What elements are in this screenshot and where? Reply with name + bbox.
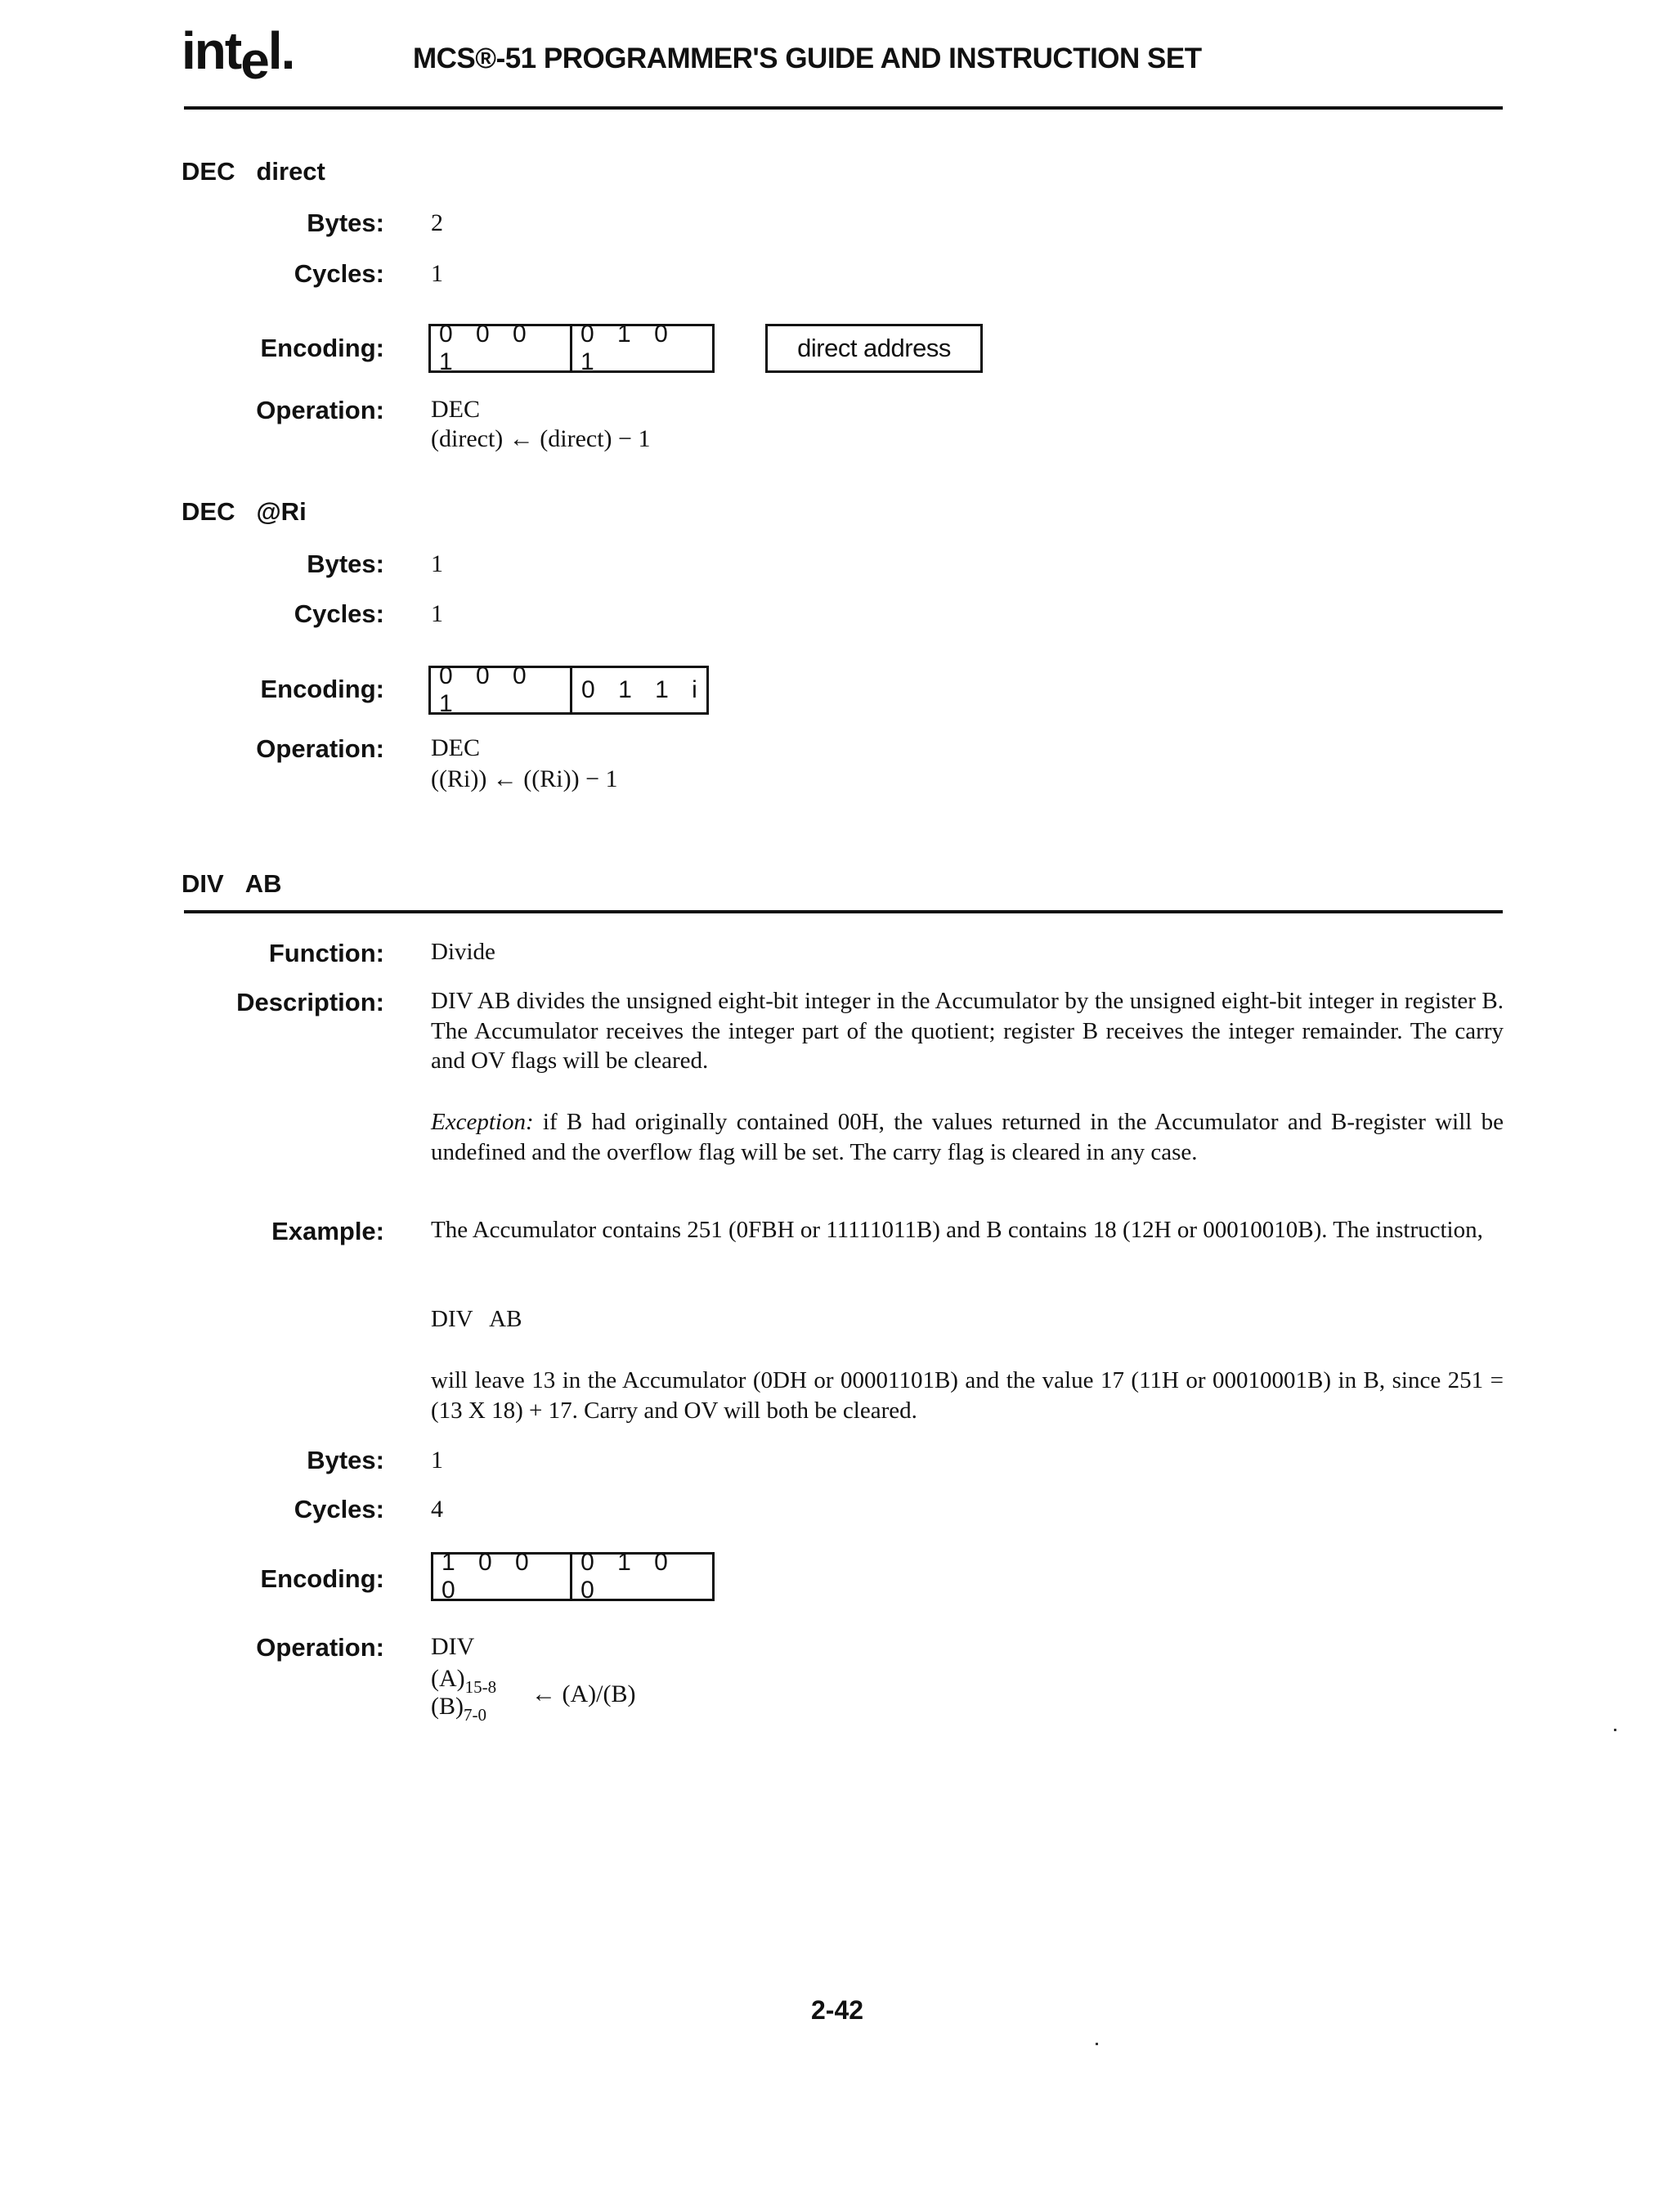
description-text: DIV AB divides the unsigned eight-bit in… [431,986,1504,1076]
encoding-box: 1 0 0 0 0 1 0 0 [431,1552,715,1601]
section-rule [184,910,1503,913]
operand: @Ri [256,497,306,526]
bytes-value: 1 [431,550,443,578]
section-heading-div-ab: DIVAB [182,869,281,899]
encoding-low-nibble: 0 1 1 i [570,668,706,712]
bytes-label: Bytes: [172,1446,384,1475]
section-heading-dec-direct: DECdirect [182,157,325,186]
bytes-label: Bytes: [172,209,384,238]
page-number: 2-42 [811,1995,863,2026]
operation-dest-b: (B)7-0 [431,1693,486,1721]
cycles-value: 4 [431,1496,443,1523]
operation-mnemonic: DIV [431,1633,474,1661]
dest-b-subscript: 7-0 [464,1705,486,1725]
function-label: Function: [172,939,384,968]
section-heading-dec-ri: DEC@Ri [182,497,307,527]
operation-label: Operation: [172,1633,384,1662]
encoding-box: 0 0 0 1 0 1 0 1 [428,324,715,373]
example-instruction: DIV AB [431,1306,522,1333]
scan-speck [1614,1729,1616,1731]
example-intro: The Accumulator contains 251 (0FBH or 11… [431,1215,1504,1245]
encoding-high-nibble: 0 0 0 1 [431,326,570,370]
operand: AB [245,869,282,898]
encoding-label: Encoding: [172,675,384,704]
encoding-box: 0 0 0 1 0 1 1 i [428,666,709,715]
operation-line-2: ((Ri)) ← ((Ri)) − 1 [431,765,618,793]
dest-b: (B) [431,1693,464,1720]
encoding-label: Encoding: [172,1564,384,1594]
bytes-value: 1 [431,1447,443,1474]
operation-line-1: DEC [431,734,480,762]
logo-text-e: e [240,31,268,90]
operation-line-1: DEC [431,396,480,424]
operand: direct [256,157,325,186]
example-result: will leave 13 in the Accumulator (0DH or… [431,1366,1504,1425]
operation-label: Operation: [172,734,384,764]
logo-text-post: l. [268,21,294,80]
direct-address-box: direct address [765,324,983,373]
cycles-label: Cycles: [172,259,384,289]
encoding-high-nibble: 0 0 0 1 [431,668,570,712]
exception-lead: Exception: [431,1109,534,1135]
mnemonic: DIV [182,869,224,898]
page-header-title: MCS®-51 PROGRAMMER'S GUIDE AND INSTRUCTI… [413,43,1202,75]
mnemonic: DEC [182,157,235,186]
operation-line-2: (direct) ← (direct) − 1 [431,425,650,453]
function-value: Divide [431,939,495,966]
operation-dest-a: (A)15-8 [431,1665,496,1693]
cycles-value: 1 [431,600,443,628]
exception-text: Exception: if B had originally contained… [431,1107,1504,1167]
mnemonic: DEC [182,497,235,526]
exception-body: if B had originally contained 00H, the v… [431,1109,1504,1165]
logo-text-pre: int [182,21,240,80]
intel-logo: intel. [182,25,294,77]
operation-label: Operation: [172,396,384,425]
description-label: Description: [172,988,384,1017]
encoding-high-nibble: 1 0 0 0 [433,1555,570,1599]
example-label: Example: [172,1217,384,1246]
operation-source: ← (A)/(B) [531,1680,635,1708]
bytes-label: Bytes: [172,550,384,579]
dest-a: (A) [431,1665,465,1692]
bytes-value: 2 [431,209,443,237]
encoding-label: Encoding: [172,334,384,363]
encoding-low-nibble: 0 1 0 1 [570,326,712,370]
cycles-label: Cycles: [172,1495,384,1524]
scan-speck [1096,2043,1098,2045]
cycles-value: 1 [431,260,443,288]
encoding-low-nibble: 0 1 0 0 [570,1555,712,1599]
cycles-label: Cycles: [172,599,384,629]
header-rule [184,106,1503,110]
